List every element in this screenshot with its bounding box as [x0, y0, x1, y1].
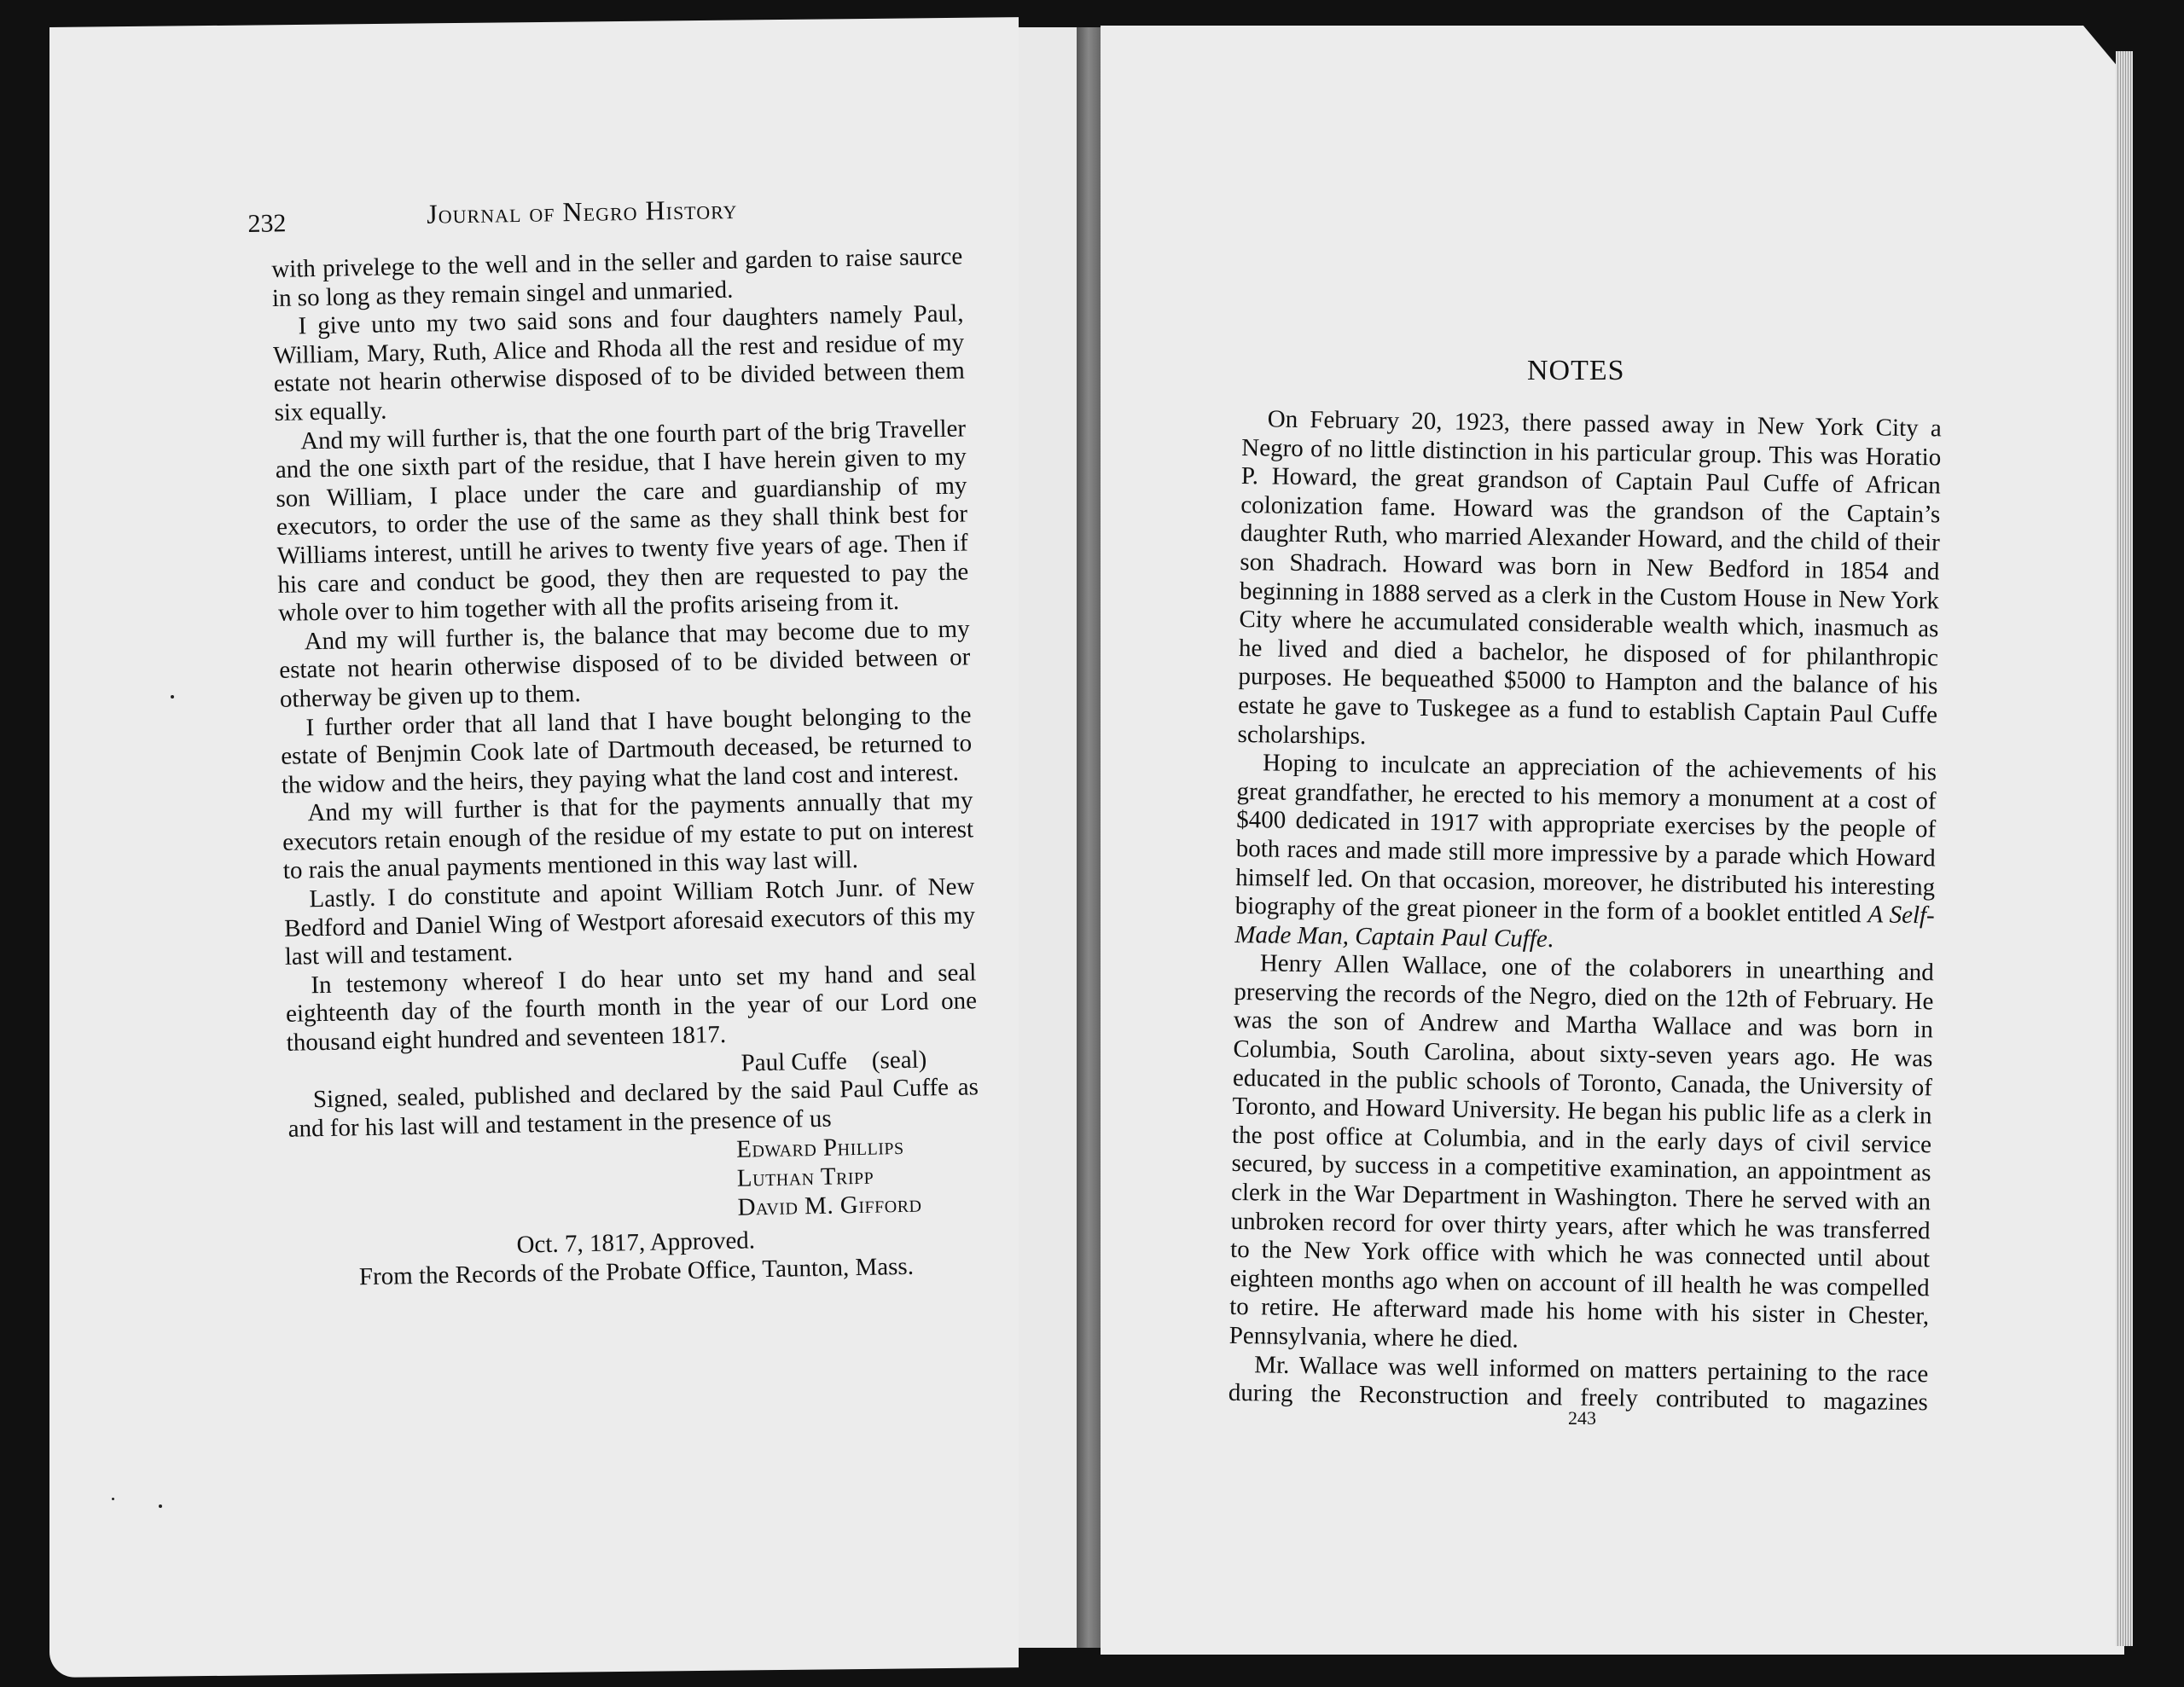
paragraph: I give unto my two said sons and four da… — [272, 300, 965, 428]
page-number: 243 — [1568, 1407, 1596, 1429]
paragraph: Lastly. I do constitute and apoint Willi… — [283, 872, 976, 971]
paragraph: In testemony whereof I do hear unto set … — [285, 959, 978, 1058]
notes-text: On February 20, 1923, there passed away … — [1228, 405, 1942, 1417]
will-text: with privelege to the well and in the se… — [271, 242, 982, 1293]
book-gutter-shadow-right — [1077, 27, 1101, 1648]
paragraph-text: Hoping to inculcate an appreciation of t… — [1235, 750, 1937, 929]
paragraph: And my will further is, that the one fou… — [275, 415, 969, 629]
dust-speck — [159, 1504, 162, 1508]
paragraph: Henry Allen Wallace, one of the colabore… — [1229, 949, 1934, 1360]
page-edges — [2116, 51, 2133, 1646]
dust-speck — [112, 1498, 114, 1500]
paragraph: And my will further is that for the paym… — [282, 787, 974, 886]
book-gutter — [1017, 27, 1077, 1648]
paragraph: And my will further is, the balance that… — [278, 615, 971, 714]
page-number: 232 — [247, 209, 287, 239]
paragraph: On February 20, 1923, there passed away … — [1237, 405, 1942, 759]
section-title: NOTES — [1527, 355, 1625, 387]
paragraph: Hoping to inculcate an appreciation of t… — [1234, 749, 1937, 959]
paragraph: I further order that all land that I hav… — [280, 701, 973, 800]
dust-speck — [171, 695, 174, 699]
journal-title: Journal of Negro History — [427, 194, 738, 230]
punctuation: . — [1548, 925, 1554, 953]
